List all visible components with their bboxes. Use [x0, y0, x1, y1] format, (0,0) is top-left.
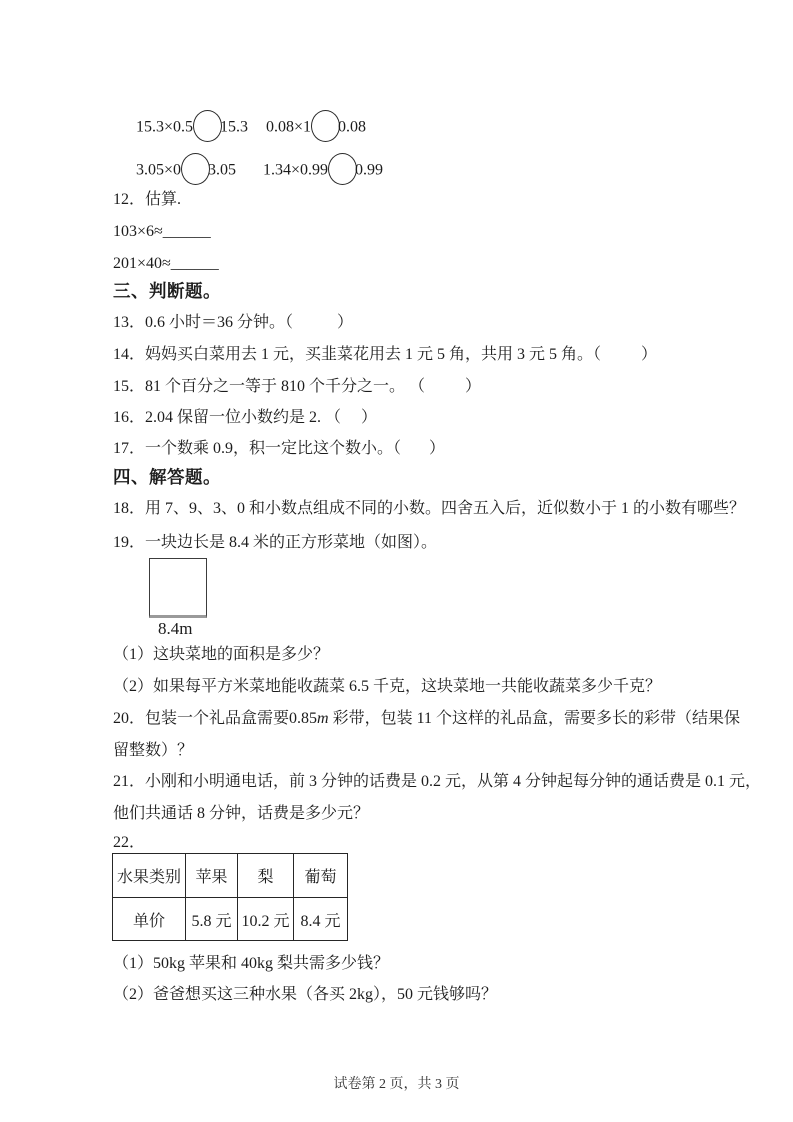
table-cell: 单价 — [113, 898, 186, 941]
section-3-heading: 三、判断题。 — [113, 280, 221, 302]
question-21-line-2: 他们共通话 8 分钟，话费是多少元？ — [113, 803, 369, 825]
question-16: 16．2.04 保留一位小数约是 2. （ ） — [113, 407, 377, 429]
question-22-number: 22． — [113, 832, 145, 854]
question-15: 15．81 个百分之一等于 810 个千分之一。 （ ） — [113, 376, 481, 398]
question-13: 13．0.6 小时＝36 分钟。（ ） — [113, 312, 353, 334]
question-20-line-1: 20．包装一个礼品盒需要0.85m 彩带，包装 11 个这样的礼品盒，需要多长的… — [113, 708, 740, 730]
question-18: 18．用 7、9、3、0 和小数点组成不同的小数。四舍五入后，近似数小于 1 的… — [113, 498, 745, 520]
comparison-circle — [311, 110, 340, 142]
question-17: 17．一个数乘 0.9，积一定比这个数小。（ ） — [113, 438, 445, 460]
question-22-sub-2: （2）爸爸想买这三种水果（各买 2kg），50 元钱够吗？ — [113, 984, 497, 1006]
comparison-right: 15.3 — [220, 119, 248, 136]
comparison-circle — [328, 153, 357, 185]
table-header-cell: 水果类别 — [113, 854, 186, 898]
question-22-sub-1: （1）50kg 苹果和 40kg 梨共需多少钱？ — [113, 953, 389, 975]
table-cell: 8.4 元 — [294, 898, 348, 941]
table-header-cell: 苹果 — [186, 854, 238, 898]
comparison-right: 3.05 — [208, 162, 236, 179]
comparison-left: 0.08×1 — [266, 119, 311, 136]
question-12-blank-1: 103×6≈______ — [113, 221, 211, 243]
table-cell: 5.8 元 — [186, 898, 238, 941]
question-19-title: 19．一块边长是 8.4 米的正方形菜地（如图）。 — [113, 532, 437, 554]
exam-page: 15.3×0.515.3 0.08×10.08 3.05×03.05 1.34×… — [0, 0, 793, 1122]
table-header-cell: 葡萄 — [294, 854, 348, 898]
question-21-line-1: 21．小刚和小明通电话，前 3 分钟的话费是 0.2 元，从第 4 分钟起每分钟… — [113, 771, 761, 793]
question-12-title: 12．估算. — [113, 189, 181, 211]
comparison-left: 15.3×0.5 — [136, 119, 193, 136]
square-diagram — [149, 558, 207, 618]
comparison-left: 3.05×0 — [136, 162, 181, 179]
question-14: 14．妈妈买白菜用去 1 元，买韭菜花用去 1 元 5 角，共用 3 元 5 角… — [113, 344, 657, 366]
question-20-line-2: 留整数）？ — [113, 740, 193, 762]
page-footer: 试卷第 2 页，共 3 页 — [0, 1073, 793, 1093]
question-12-blank-2: 201×40≈______ — [113, 253, 219, 275]
comparison-circle — [193, 110, 222, 142]
square-side-label: 8.4m — [158, 618, 192, 640]
fruit-price-table: 水果类别 苹果 梨 葡萄 单价 5.8 元 10.2 元 8.4 元 — [112, 853, 348, 941]
question-20-text-post: 彩带，包装 11 个这样的礼品盒，需要多长的彩带（结果保 — [329, 710, 740, 727]
comparison-circle — [181, 153, 210, 185]
comparison-group: 1.34×0.990.99 — [247, 143, 383, 199]
question-20-unit-m: m — [317, 710, 329, 727]
question-20-text-pre: 20．包装一个礼品盒需要0.85 — [113, 710, 317, 727]
comparison-right: 0.99 — [355, 162, 383, 179]
comparison-left: 1.34×0.99 — [263, 162, 328, 179]
table-cell: 10.2 元 — [238, 898, 294, 941]
section-4-heading: 四、解答题。 — [113, 466, 221, 488]
question-19-sub-2: （2）如果每平方米菜地能收蔬菜 6.5 千克，这块菜地一共能收蔬菜多少千克？ — [113, 676, 661, 698]
table-header-cell: 梨 — [238, 854, 294, 898]
comparison-right: 0.08 — [338, 119, 366, 136]
question-19-sub-1: （1）这块菜地的面积是多少？ — [113, 644, 329, 666]
